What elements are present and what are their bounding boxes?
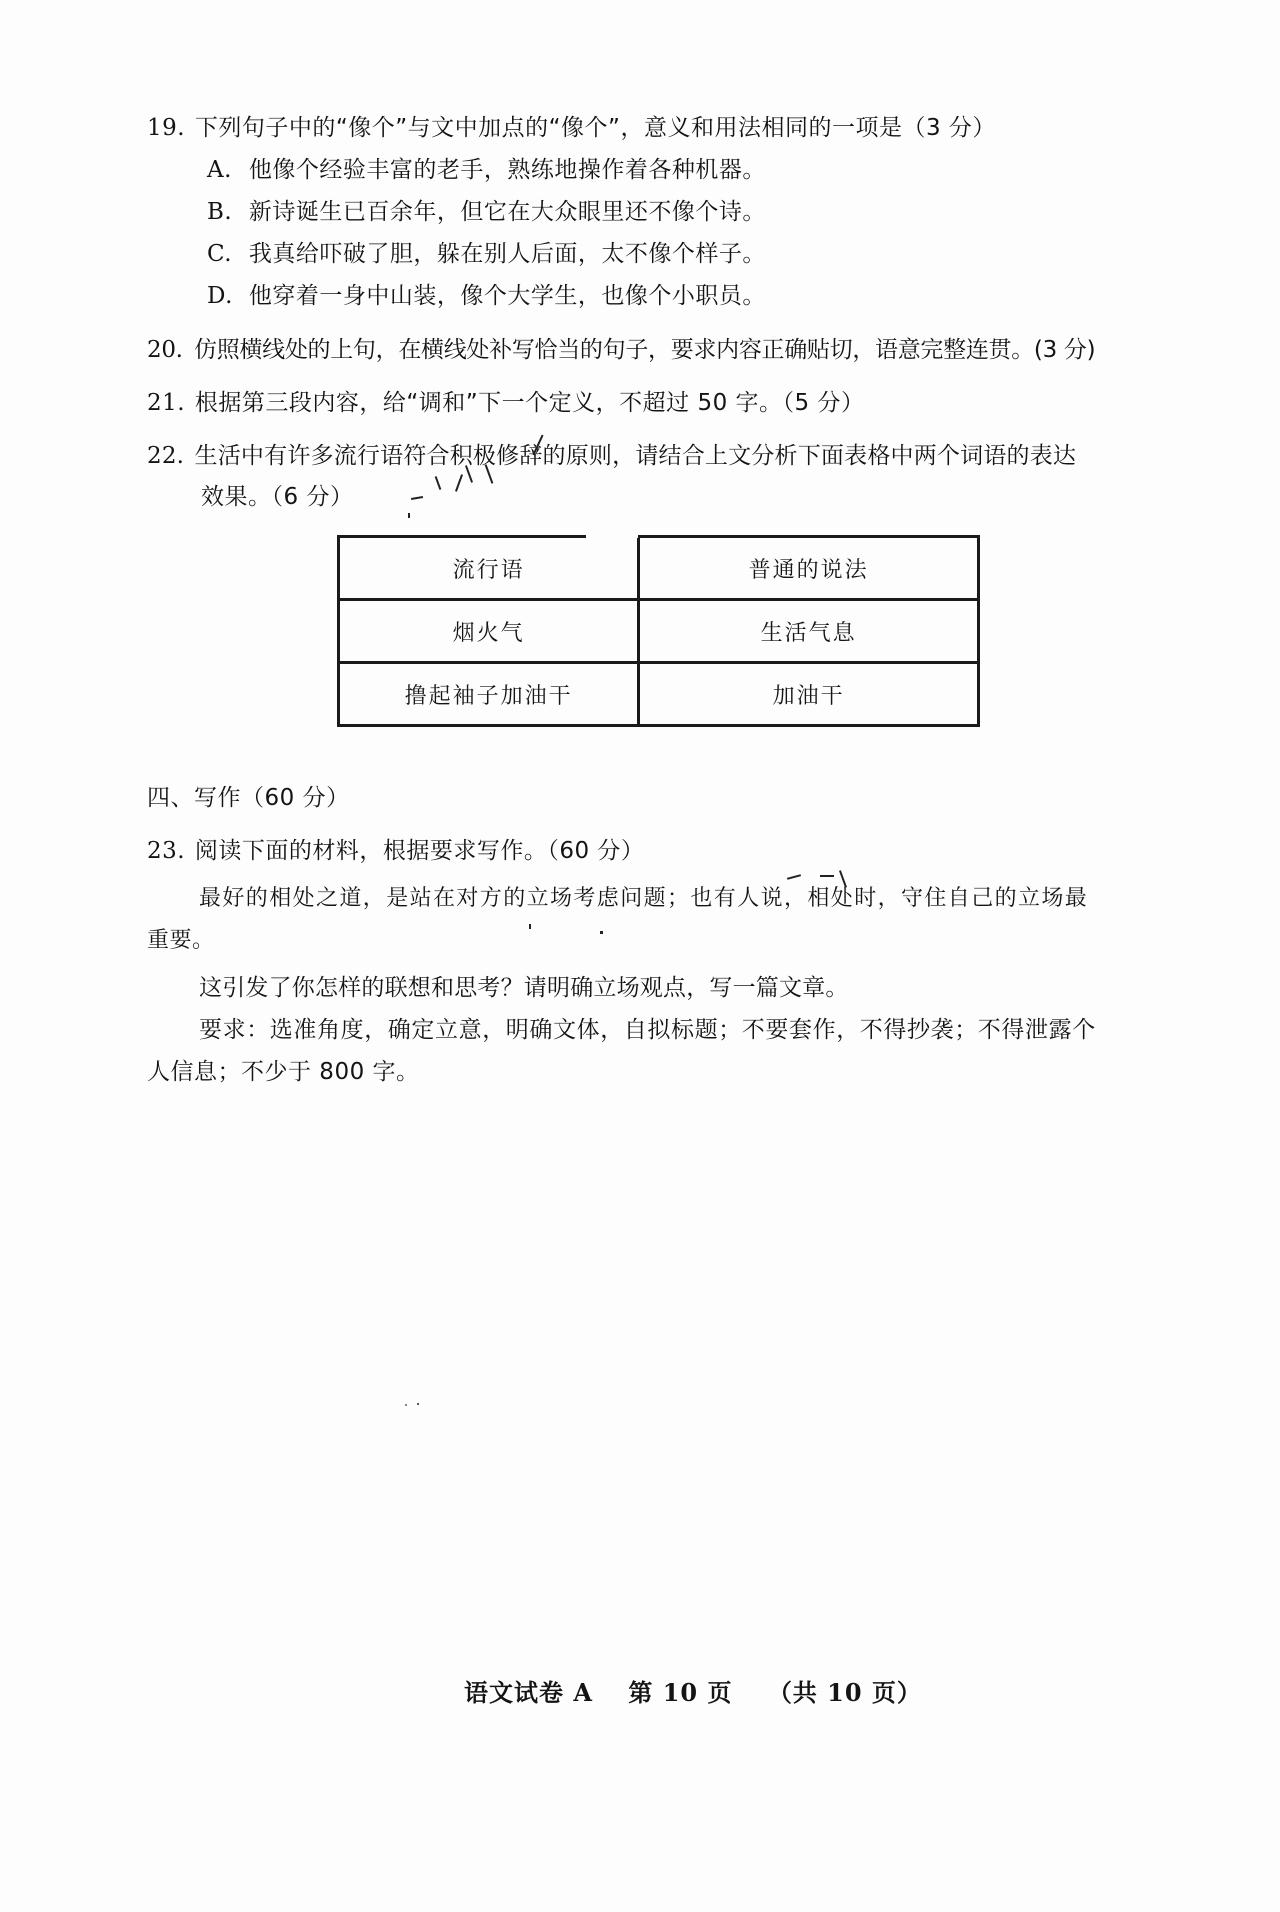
page-number: 第 10 页 (628, 1678, 732, 1707)
scan-speck (417, 1403, 419, 1405)
table-cell: 生活气息 (639, 600, 979, 663)
exam-page: 19. 下列句子中的“像个”与文中加点的“像个”，意义和用法相同的一项是（3 分… (0, 0, 1280, 1912)
table-header: 普通的说法 (639, 537, 979, 600)
question-21: 21. 根据第三段内容，给“调和”下一个定义，不超过 50 字。（5 分） (147, 388, 864, 418)
option-label: D. (207, 281, 241, 311)
option-text: 我真给吓破了胆，躲在别人后面，太不像个样子。 (249, 241, 766, 267)
total-pages: （共 10 页） (768, 1678, 922, 1707)
question-number: 20. (147, 335, 187, 365)
writing-requirements-continued: 人信息；不少于 800 字。 (147, 1057, 420, 1087)
writing-material: 最好的相处之道，是站在对方的立场考虑问题；也有人说，相处时，守住自己的立场最 (199, 884, 1088, 914)
option-label: B. (207, 197, 241, 227)
handwritten-mark (435, 476, 442, 490)
scan-speck (405, 1404, 407, 1406)
question-stem: 下列句子中的“像个”与文中加点的“像个”，意义和用法相同的一项是（3 分） (195, 115, 996, 141)
option-text: 他像个经验丰富的老手，熟练地操作着各种机器。 (249, 157, 766, 183)
question-stem: 生活中有许多流行语符合积极修辞的原则，请结合上文分析下面表格中两个词语的表达 (195, 443, 1077, 469)
handwritten-mark (820, 875, 834, 877)
table-header: 流行语 (339, 537, 639, 600)
option-text: 他穿着一身中山装，像个大学生，也像个小职员。 (249, 283, 766, 309)
option-label: A. (207, 155, 241, 185)
handwritten-mark (408, 513, 410, 518)
comparison-table: 流行语 普通的说法 烟火气 生活气息 撸起袖子加油干 加油干 (337, 535, 980, 727)
option-a: A. 他像个经验丰富的老手，熟练地操作着各种机器。 (207, 155, 766, 185)
option-label: C. (207, 239, 241, 269)
table-cell: 加油干 (639, 663, 979, 726)
option-b: B. 新诗诞生已百余年，但它在大众眼里还不像个诗。 (207, 197, 766, 227)
question-22: 22. 生活中有许多流行语符合积极修辞的原则，请结合上文分析下面表格中两个词语的… (147, 441, 1076, 471)
option-c: C. 我真给吓破了胆，躲在别人后面，太不像个样子。 (207, 239, 766, 269)
question-19: 19. 下列句子中的“像个”与文中加点的“像个”，意义和用法相同的一项是（3 分… (147, 113, 996, 143)
question-20: 20. 仿照横线处的上句，在横线处补写恰当的句子，要求内容正确贴切，语意完整连贯… (147, 335, 1095, 365)
handwritten-mark (600, 931, 603, 934)
page-footer: 语文试卷 A 第 10 页 （共 10 页） (464, 1673, 948, 1708)
table-row: 烟火气 生活气息 (339, 600, 979, 663)
option-text: 新诗诞生已百余年，但它在大众眼里还不像个诗。 (249, 199, 766, 225)
question-stem: 仿照横线处的上句，在横线处补写恰当的句子，要求内容正确贴切，语意完整连贯。(3 … (194, 337, 1095, 363)
question-stem: 根据第三段内容，给“调和”下一个定义，不超过 50 字。（5 分） (195, 390, 865, 416)
question-number: 21. (147, 388, 187, 418)
question-number: 22. (147, 441, 187, 471)
writing-prompt: 这引发了你怎样的联想和思考？请明确立场观点，写一篇文章。 (199, 973, 849, 1003)
question-number: 19. (147, 113, 187, 143)
question-number: 23. (147, 836, 187, 866)
handwritten-mark (411, 496, 423, 500)
option-d: D. 他穿着一身中山装，像个大学生，也像个小职员。 (207, 281, 766, 311)
section-title: 四、写作（60 分） (147, 783, 350, 813)
question-23: 23. 阅读下面的材料，根据要求写作。（60 分） (147, 836, 644, 866)
writing-material-continued: 重要。 (147, 926, 215, 956)
handwritten-mark (455, 474, 463, 492)
writing-requirements: 要求：选准角度，确定立意，明确文体，自拟标题；不要套作，不得抄袭；不得泄露个 (199, 1015, 1096, 1045)
table-border-gap (586, 530, 638, 538)
question-stem-continued: 效果。（6 分） (201, 484, 353, 510)
question-22-continued: 效果。（6 分） (201, 482, 353, 512)
question-stem: 阅读下面的材料，根据要求写作。（60 分） (195, 838, 645, 864)
table-header-row: 流行语 普通的说法 (339, 537, 979, 600)
paper-name: 语文试卷 A (464, 1678, 593, 1707)
table-cell: 撸起袖子加油干 (339, 663, 639, 726)
table-row: 撸起袖子加油干 加油干 (339, 663, 979, 726)
table-cell: 烟火气 (339, 600, 639, 663)
handwritten-mark (529, 924, 531, 929)
handwritten-mark (787, 874, 801, 880)
